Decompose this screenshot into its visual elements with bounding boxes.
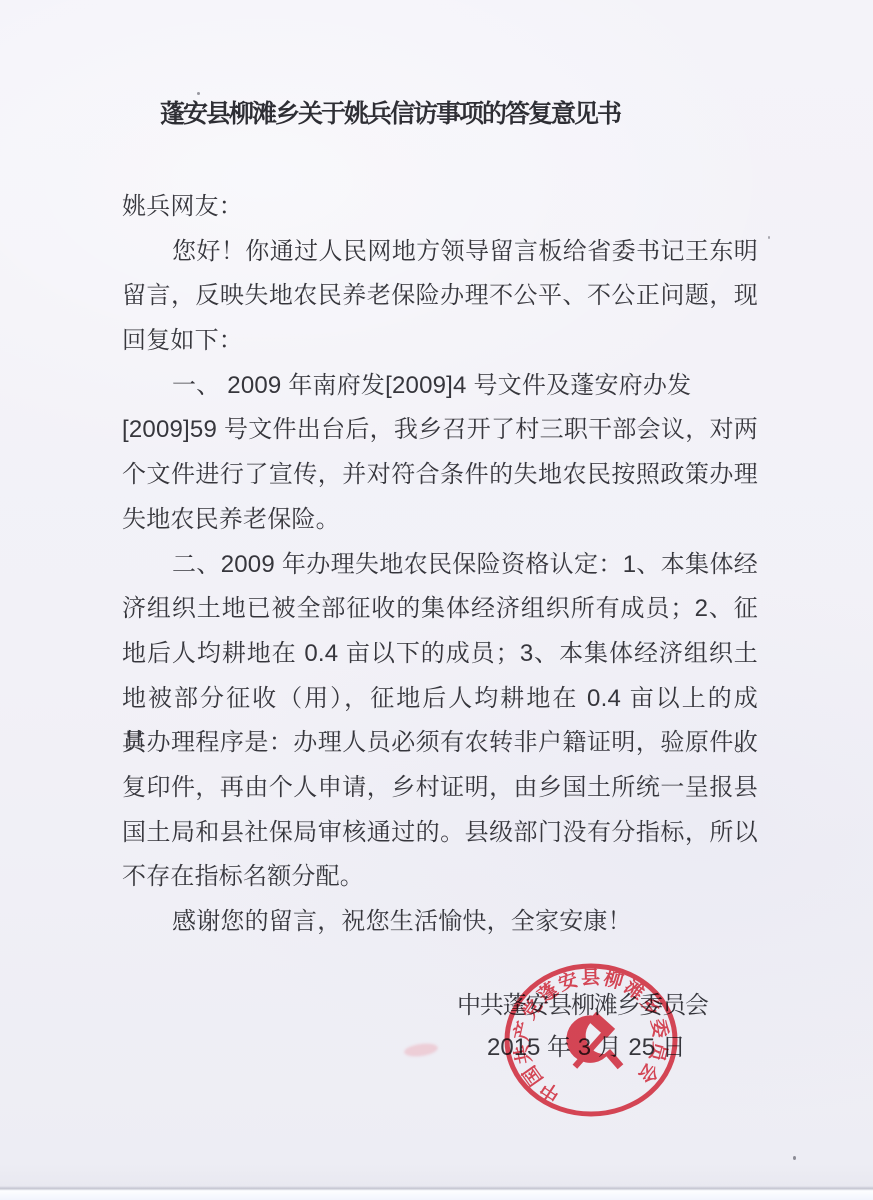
text-line: 您好！你通过人民网地方领导留言板给省委书记王东明 bbox=[122, 230, 758, 275]
scan-speck bbox=[197, 92, 200, 95]
text-line: 二、2009 年办理失地农民保险资格认定：1、本集体经 bbox=[122, 543, 758, 588]
document-title: 蓬安县柳滩乡关于姚兵信访事项的答复意见书 bbox=[160, 98, 620, 132]
scan-speck bbox=[768, 236, 770, 239]
hammer-and-sickle-icon bbox=[566, 1015, 620, 1066]
text-line: 失地农民养老保险。 bbox=[122, 498, 758, 543]
document-body: 姚兵网友：您好！你通过人民网地方领导留言板给省委书记王东明留言，反映失地农民养老… bbox=[122, 185, 758, 945]
text-line: 姚兵网友： bbox=[122, 185, 758, 230]
text-line: 地后人均耕地在 0.4 亩以下的成员；3、本集体经济组织土 bbox=[122, 632, 758, 677]
text-line: 复印件，再由个人申请，乡村证明，由乡国土所统一呈报县 bbox=[122, 766, 758, 811]
scan-speck bbox=[223, 472, 225, 474]
text-line: 其办理程序是：办理人员必须有农转非户籍证明，验原件收 bbox=[122, 721, 758, 766]
text-line: 一、 2009 年南府发[2009]4 号文件及蓬安府办发 bbox=[122, 364, 758, 409]
text-line: 感谢您的留言，祝您生活愉快，全家安康！ bbox=[122, 900, 758, 945]
text-line: 济组织土地已被全部征收的集体经济组织所有成员；2、征 bbox=[122, 587, 758, 632]
official-seal: 中国共产党蓬安县柳滩乡委员会 bbox=[491, 950, 691, 1130]
text-line: 国土局和县社保局审核通过的。县级部门没有分指标，所以 bbox=[122, 811, 758, 856]
text-line: 地被部分征收（用），征地后人均耕地在 0.4 亩以上的成员。 bbox=[122, 677, 758, 722]
text-line: 回复如下： bbox=[122, 319, 758, 364]
text-line: [2009]59 号文件出台后，我乡召开了村三职干部会议，对两 bbox=[122, 408, 758, 453]
scanned-letter-page: 蓬安县柳滩乡关于姚兵信访事项的答复意见书 姚兵网友：您好！你通过人民网地方领导留… bbox=[0, 0, 873, 1200]
text-line: 留言，反映失地农民养老保险办理不公平、不公正问题，现 bbox=[122, 274, 758, 319]
text-line: 个文件进行了宣传，并对符合条件的失地农民按照政策办理 bbox=[122, 453, 758, 498]
scan-speck bbox=[793, 1156, 796, 1160]
text-line: 不存在指标名额分配。 bbox=[122, 855, 758, 900]
ink-smudge bbox=[403, 1042, 438, 1059]
paper-edge-shadow bbox=[0, 1186, 873, 1200]
